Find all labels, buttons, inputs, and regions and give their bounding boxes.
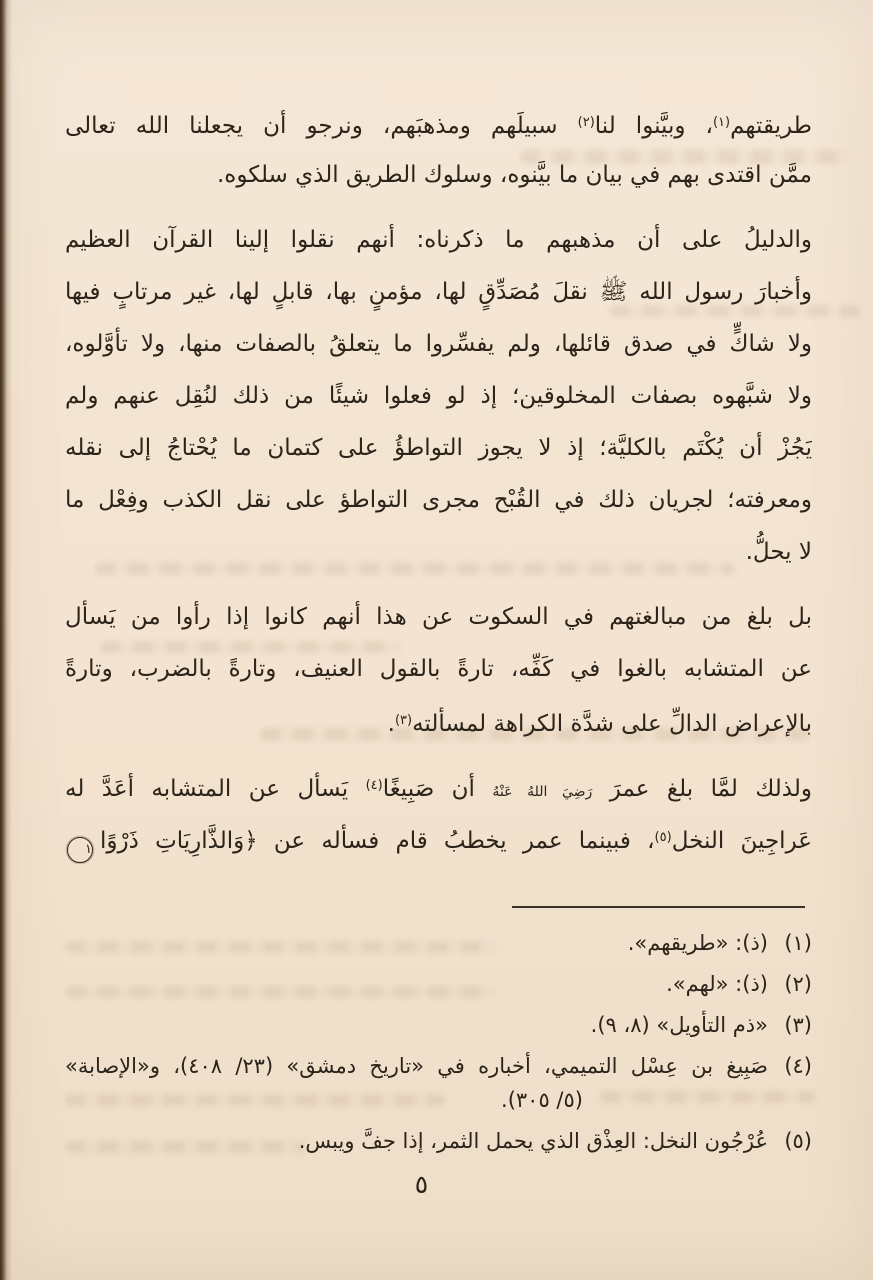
paragraph-3: بل بلغ من مبالغتهم في السكوت عن هذا أنهم…: [65, 591, 812, 747]
footnote-number: (٢): [768, 967, 812, 1001]
footnote-ref-2: (٢): [578, 115, 595, 130]
paragraph-1: طريقتهم(١)، وبيَّنوا لنا(٢) سبيلَهم ومذه…: [65, 97, 812, 201]
footnote-1: (١) (ذ): «طريقهم».: [65, 926, 812, 960]
footnote-number: (٣): [768, 1008, 812, 1042]
body-text: طريقتهم(١)، وبيَّنوا لنا(٢) سبيلَهم ومذه…: [65, 97, 812, 877]
body-text-run: ولذلك لمَّا بلغ عمرَ: [592, 776, 812, 802]
footnote-5: (٥) عُرْجُون النخل: العِذْق الذي يحمل ال…: [65, 1124, 812, 1158]
book-page-scan: طريقتهم(١)، وبيَّنوا لنا(٢) سبيلَهم ومذه…: [0, 0, 873, 1280]
footnote-text: «ذم التأويل» (٨، ٩).: [65, 1008, 768, 1042]
body-line: ومعرفته؛ لجريان ذلك في القُبْح مجرى التو…: [65, 474, 812, 526]
body-text-run: أن صَبِيغًا: [383, 776, 493, 802]
ayah-number-marker: ١: [67, 837, 93, 863]
footnote-text: عُرْجُون النخل: العِذْق الذي يحمل الثمر،…: [65, 1124, 768, 1158]
body-text-run: وأخبارَ رسول الله: [627, 279, 812, 305]
footnote-ref-5: (٥): [655, 830, 672, 845]
footnote-number: (٤): [768, 1049, 812, 1117]
body-text-run: طريقتهم: [730, 113, 812, 139]
body-text-run: .: [388, 711, 395, 737]
body-text-run: سبيلَهم ومذهبَهم، ونرجو أن يجعلنا الله ت…: [65, 113, 578, 139]
footnote-text-run: (٥/ ٣٠٥).: [65, 1083, 768, 1117]
footnote-text: صَبِيغ بن عِسْل التميمي، أخباره في «تاري…: [65, 1049, 768, 1117]
body-line: عن المتشابه بالغوا في كَفِّه، تارةً بالق…: [65, 643, 812, 695]
body-line: وأخبارَ رسول الله ﷺ نقلَ مُصَدِّقٍ لها، …: [65, 266, 812, 318]
body-line: عَراجِينَ النخل(٥)، فبينما عمر يخطبُ قام…: [65, 812, 812, 864]
body-line: يَجُزْ أن يُكْتَم بالكليَّة؛ إذ لا يجوز …: [65, 422, 812, 474]
footnote-text: (ذ): «لهم».: [65, 967, 768, 1001]
page-number: ٥: [0, 1170, 873, 1200]
body-text-run: بالإعراض الدالِّ على شدَّة الكراهة لمسأل…: [412, 711, 812, 737]
footnote-number: (١): [768, 926, 812, 960]
body-text-run: ، فبينما عمر يخطبُ قام فسأله عن: [258, 828, 655, 854]
body-line: والدليلُ على أن مذهبهم ما ذكرناه: أنهم ن…: [65, 214, 812, 266]
footnote-4: (٤) صَبِيغ بن عِسْل التميمي، أخباره في «…: [65, 1049, 812, 1117]
footnote-ref-1: (١): [713, 115, 730, 130]
footnote-section: (١) (ذ): «طريقهم». (٢) (ذ): «لهم». (٣) «…: [65, 926, 812, 1165]
footnote-2: (٢) (ذ): «لهم».: [65, 967, 812, 1001]
footnote-text-line: صَبِيغ بن عِسْل التميمي، أخباره في «تاري…: [65, 1049, 768, 1083]
body-line: طريقتهم(١)، وبيَّنوا لنا(٢) سبيلَهم ومذه…: [65, 97, 812, 149]
body-line: بالإعراض الدالِّ على شدَّة الكراهة لمسأل…: [65, 695, 812, 747]
footnote-ref-4: (٤): [366, 778, 383, 793]
footnote-separator-rule: [512, 906, 805, 908]
body-line: ممَّن اقتدى بهم في بيان ما بيَّنوه، وسلو…: [65, 149, 812, 201]
footnote-ref-3: (٣): [395, 713, 412, 728]
body-line: ولا شاكٍّ في صدق قائلها، ولم يفسِّروا ما…: [65, 318, 812, 370]
body-text-run: عَراجِينَ النخل: [672, 828, 812, 854]
body-line: لا يحلُّ.: [65, 526, 812, 578]
paragraph-2: والدليلُ على أن مذهبهم ما ذكرناه: أنهم ن…: [65, 214, 812, 578]
radi-allahu-anhu-honorific: رَضِيَ اللهُ عَنْهُ: [492, 784, 592, 800]
footnote-text: (ذ): «طريقهم».: [65, 926, 768, 960]
salla-allahu-alayhi-wasallam-ligature: ﷺ: [600, 279, 628, 305]
body-text-run: يَسأل عن المتشابه أعَدَّ له: [65, 776, 366, 802]
footnote-3: (٣) «ذم التأويل» (٨، ٩).: [65, 1008, 812, 1042]
paragraph-4: ولذلك لمَّا بلغ عمرَ رَضِيَ اللهُ عَنْهُ…: [65, 760, 812, 864]
body-line: بل بلغ من مبالغتهم في السكوت عن هذا أنهم…: [65, 591, 812, 643]
footnote-text-continuation: (٥/ ٣٠٥).: [65, 1083, 768, 1117]
body-text-run: ، وبيَّنوا لنا: [595, 113, 713, 139]
body-text-run: نقلَ مُصَدِّقٍ لها، مؤمنٍ بها، قابلٍ لها…: [65, 279, 600, 305]
body-line: ولذلك لمَّا بلغ عمرَ رَضِيَ اللهُ عَنْهُ…: [65, 760, 812, 812]
quran-verse-adh-dhariyat: ﴿وَالذَّارِيَاتِ ذَرْوًا: [100, 828, 258, 854]
body-line: ولا شبَّهوه بصفات المخلوقين؛ إذ لو فعلوا…: [65, 370, 812, 422]
footnote-number: (٥): [768, 1124, 812, 1158]
binding-edge-shadow: [0, 0, 12, 1280]
